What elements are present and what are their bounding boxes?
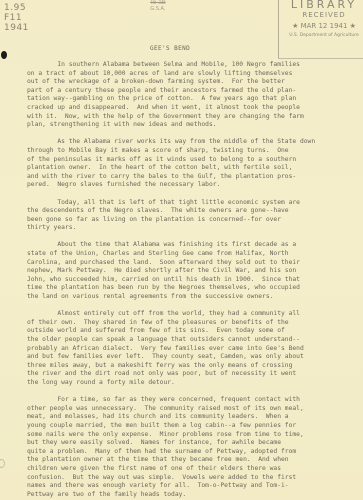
text-line: tation way--gambling on the price of cot… xyxy=(27,95,337,104)
handwritten-note: To ab G.S.A. xyxy=(150,0,166,12)
text-line: outside world and suffered from few of i… xyxy=(27,327,337,336)
text-line: and with the river to carry the bales to… xyxy=(27,173,337,182)
text-line: probably an African dialect. Very few fa… xyxy=(27,345,337,354)
initials-note: G.S.A. xyxy=(150,6,166,12)
text-line: John, who succeeded him, carried on unti… xyxy=(27,276,337,285)
text-line: the land on various rental agreements fr… xyxy=(27,293,337,302)
call-number-line: 1.95 xyxy=(4,3,29,13)
text-line: pered. Negro slaves furnished the necess… xyxy=(27,181,337,190)
text-line: the descendents of the Negro slaves. The… xyxy=(27,207,337,216)
text-line: but they were easily solved. Names for i… xyxy=(27,439,337,448)
text-line: some nails were the only expense. Minor … xyxy=(27,431,337,440)
stamp-department: U.S. Department of Agriculture xyxy=(279,32,363,40)
call-number-line: F11 xyxy=(4,13,29,23)
text-line: As the Alabama river works its way from … xyxy=(27,138,337,147)
text-line: Carolina, and purchased the land. Soon a… xyxy=(27,259,337,268)
text-line: About the time that Alabama was finishin… xyxy=(27,241,337,250)
text-line: Today, all that is left of that tight li… xyxy=(27,199,337,208)
text-line: young couple married, the men built them… xyxy=(27,422,337,431)
text-line: three miles away, but a makeshift ferry … xyxy=(27,362,337,371)
call-number-note: 1.95 F11 1941 xyxy=(4,3,29,33)
text-line: out of the wreckage of a broken-down far… xyxy=(27,78,337,87)
text-line: been gone so far as living on the planta… xyxy=(27,216,337,225)
text-line: time the plantation has been run by the … xyxy=(27,284,337,293)
text-line: cracked up and disappeared. And when it … xyxy=(27,104,337,113)
text-line: through to Mobile Bay it makes a score o… xyxy=(27,147,337,156)
stamp-received: RECEIVED xyxy=(279,11,363,20)
document-title: GEE'S BEND xyxy=(150,45,190,52)
text-line: of their own. They shared in few of the … xyxy=(27,319,337,328)
text-line: Pettway are two of the family heads toda… xyxy=(27,491,337,500)
text-line: names and there was enough variety for a… xyxy=(27,482,337,491)
library-received-stamp: LIBRARY RECEIVED ★ MAR 12 1941 ★ U.S. De… xyxy=(278,0,363,59)
text-line: part of a century these people and their… xyxy=(27,87,337,96)
paragraph: As the Alabama river works its way from … xyxy=(27,138,337,190)
text-line: the long way round a forty mile detour. xyxy=(27,379,337,388)
call-number-line: 1941 xyxy=(4,23,29,33)
paragraph: Today, all that is left of that tight li… xyxy=(27,199,337,233)
document-page: 1.95 F11 1941 To ab G.S.A. LIBRARY RECEI… xyxy=(0,0,363,500)
text-line: children were given the first name of on… xyxy=(27,465,337,474)
text-line: state of the Union, Charles and Sterling… xyxy=(27,250,337,259)
text-line: plan, strengthening it with new ideas an… xyxy=(27,121,337,130)
text-line: meat, and molasses, had its church and i… xyxy=(27,413,337,422)
stamp-date: ★ MAR 12 1941 ★ xyxy=(279,20,363,32)
text-line: In southern Alabama between Selma and Mo… xyxy=(27,61,337,70)
text-line: thirty years. xyxy=(27,224,337,233)
text-line: the older people can speak a language th… xyxy=(27,336,337,345)
text-line: the river and the dirt road not only was… xyxy=(27,370,337,379)
paragraph: For a time, so far as they were concerne… xyxy=(27,396,337,499)
text-line: nephew, Mark Pettway. He died shortly af… xyxy=(27,267,337,276)
text-line: the plantation owner at the time that th… xyxy=(27,456,337,465)
paragraph: In southern Alabama between Selma and Mo… xyxy=(27,61,337,130)
text-line: of the peninsulas it marks off as it win… xyxy=(27,156,337,165)
text-line: confusion. But the way out was simple. V… xyxy=(27,474,337,483)
text-line: For a time, so far as they were concerne… xyxy=(27,396,337,405)
text-line: quite a problem. Many of them had the su… xyxy=(27,448,337,457)
text-line: other people was unnecessary. The commun… xyxy=(27,405,337,414)
paragraph: About the time that Alabama was finishin… xyxy=(27,241,337,301)
text-line: Almost entirely cut off from the world, … xyxy=(27,310,337,319)
stamp-library: LIBRARY xyxy=(279,0,363,11)
punch-hole-icon xyxy=(1,51,7,59)
paragraph: Almost entirely cut off from the world, … xyxy=(27,310,337,387)
document-body: In southern Alabama between Selma and Mo… xyxy=(27,61,337,500)
text-line: and but few families ever left. They cou… xyxy=(27,353,337,362)
text-line: plantation owner. In the heart of the co… xyxy=(27,164,337,173)
text-line: with it. Now, with the help of the Gover… xyxy=(27,113,337,122)
text-line: on a tract of about 10,000 acres of land… xyxy=(27,70,337,79)
punch-hole-faint-icon xyxy=(0,459,5,468)
